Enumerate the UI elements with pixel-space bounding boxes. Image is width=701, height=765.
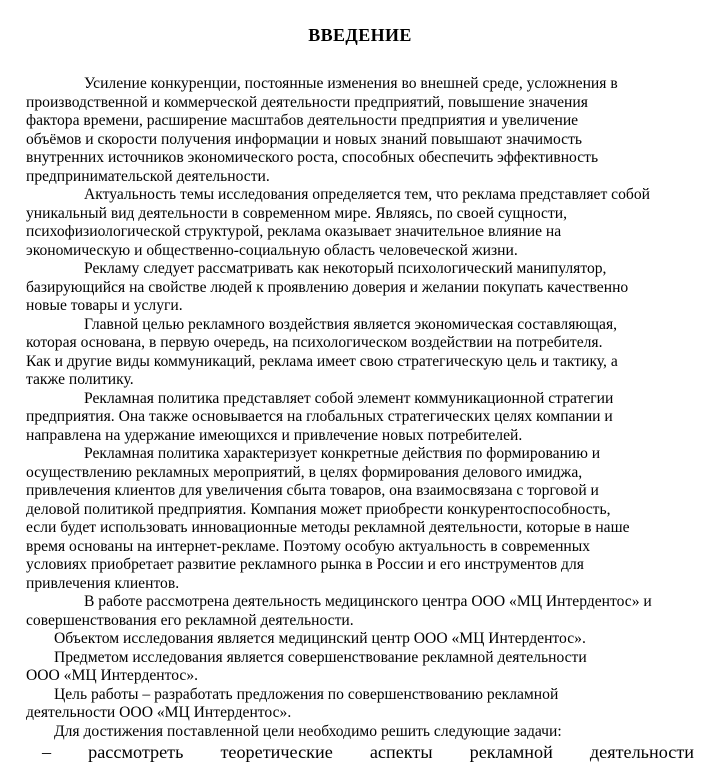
paragraph-ad-policy-actions: Рекламная политика характеризует конкрет…: [26, 445, 694, 593]
paragraph-work-overview: В работе рассмотрена деятельность медици…: [26, 593, 694, 630]
paragraph-research-subject: Предметом исследования является совершен…: [26, 649, 694, 686]
document-page: ВВЕДЕНИЕ Усиление конкуренции, постоянны…: [0, 0, 701, 765]
paragraph-competition-growth: Усиление конкуренции, постоянные изменен…: [26, 75, 694, 186]
paragraph-research-object: Объектом исследования является медицинск…: [26, 630, 694, 649]
paragraph-work-goal: Цель работы – разработать предложения по…: [26, 686, 694, 723]
paragraph-main-goal: Главной целью рекламного воздействия явл…: [26, 316, 694, 390]
paragraph-ad-policy-element: Рекламная политика представляет собой эл…: [26, 390, 694, 446]
paragraph-tasks-intro: Для достижения поставленной цели необход…: [26, 723, 694, 742]
page-title: ВВЕДЕНИЕ: [26, 25, 694, 46]
paragraph-advertising-manipulator: Рекламу следует рассматривать как некото…: [26, 260, 694, 316]
paragraph-topic-relevance: Актуальность темы исследования определяе…: [26, 186, 694, 260]
task-list-item: – рассмотреть теоретические аспекты рекл…: [26, 741, 694, 764]
